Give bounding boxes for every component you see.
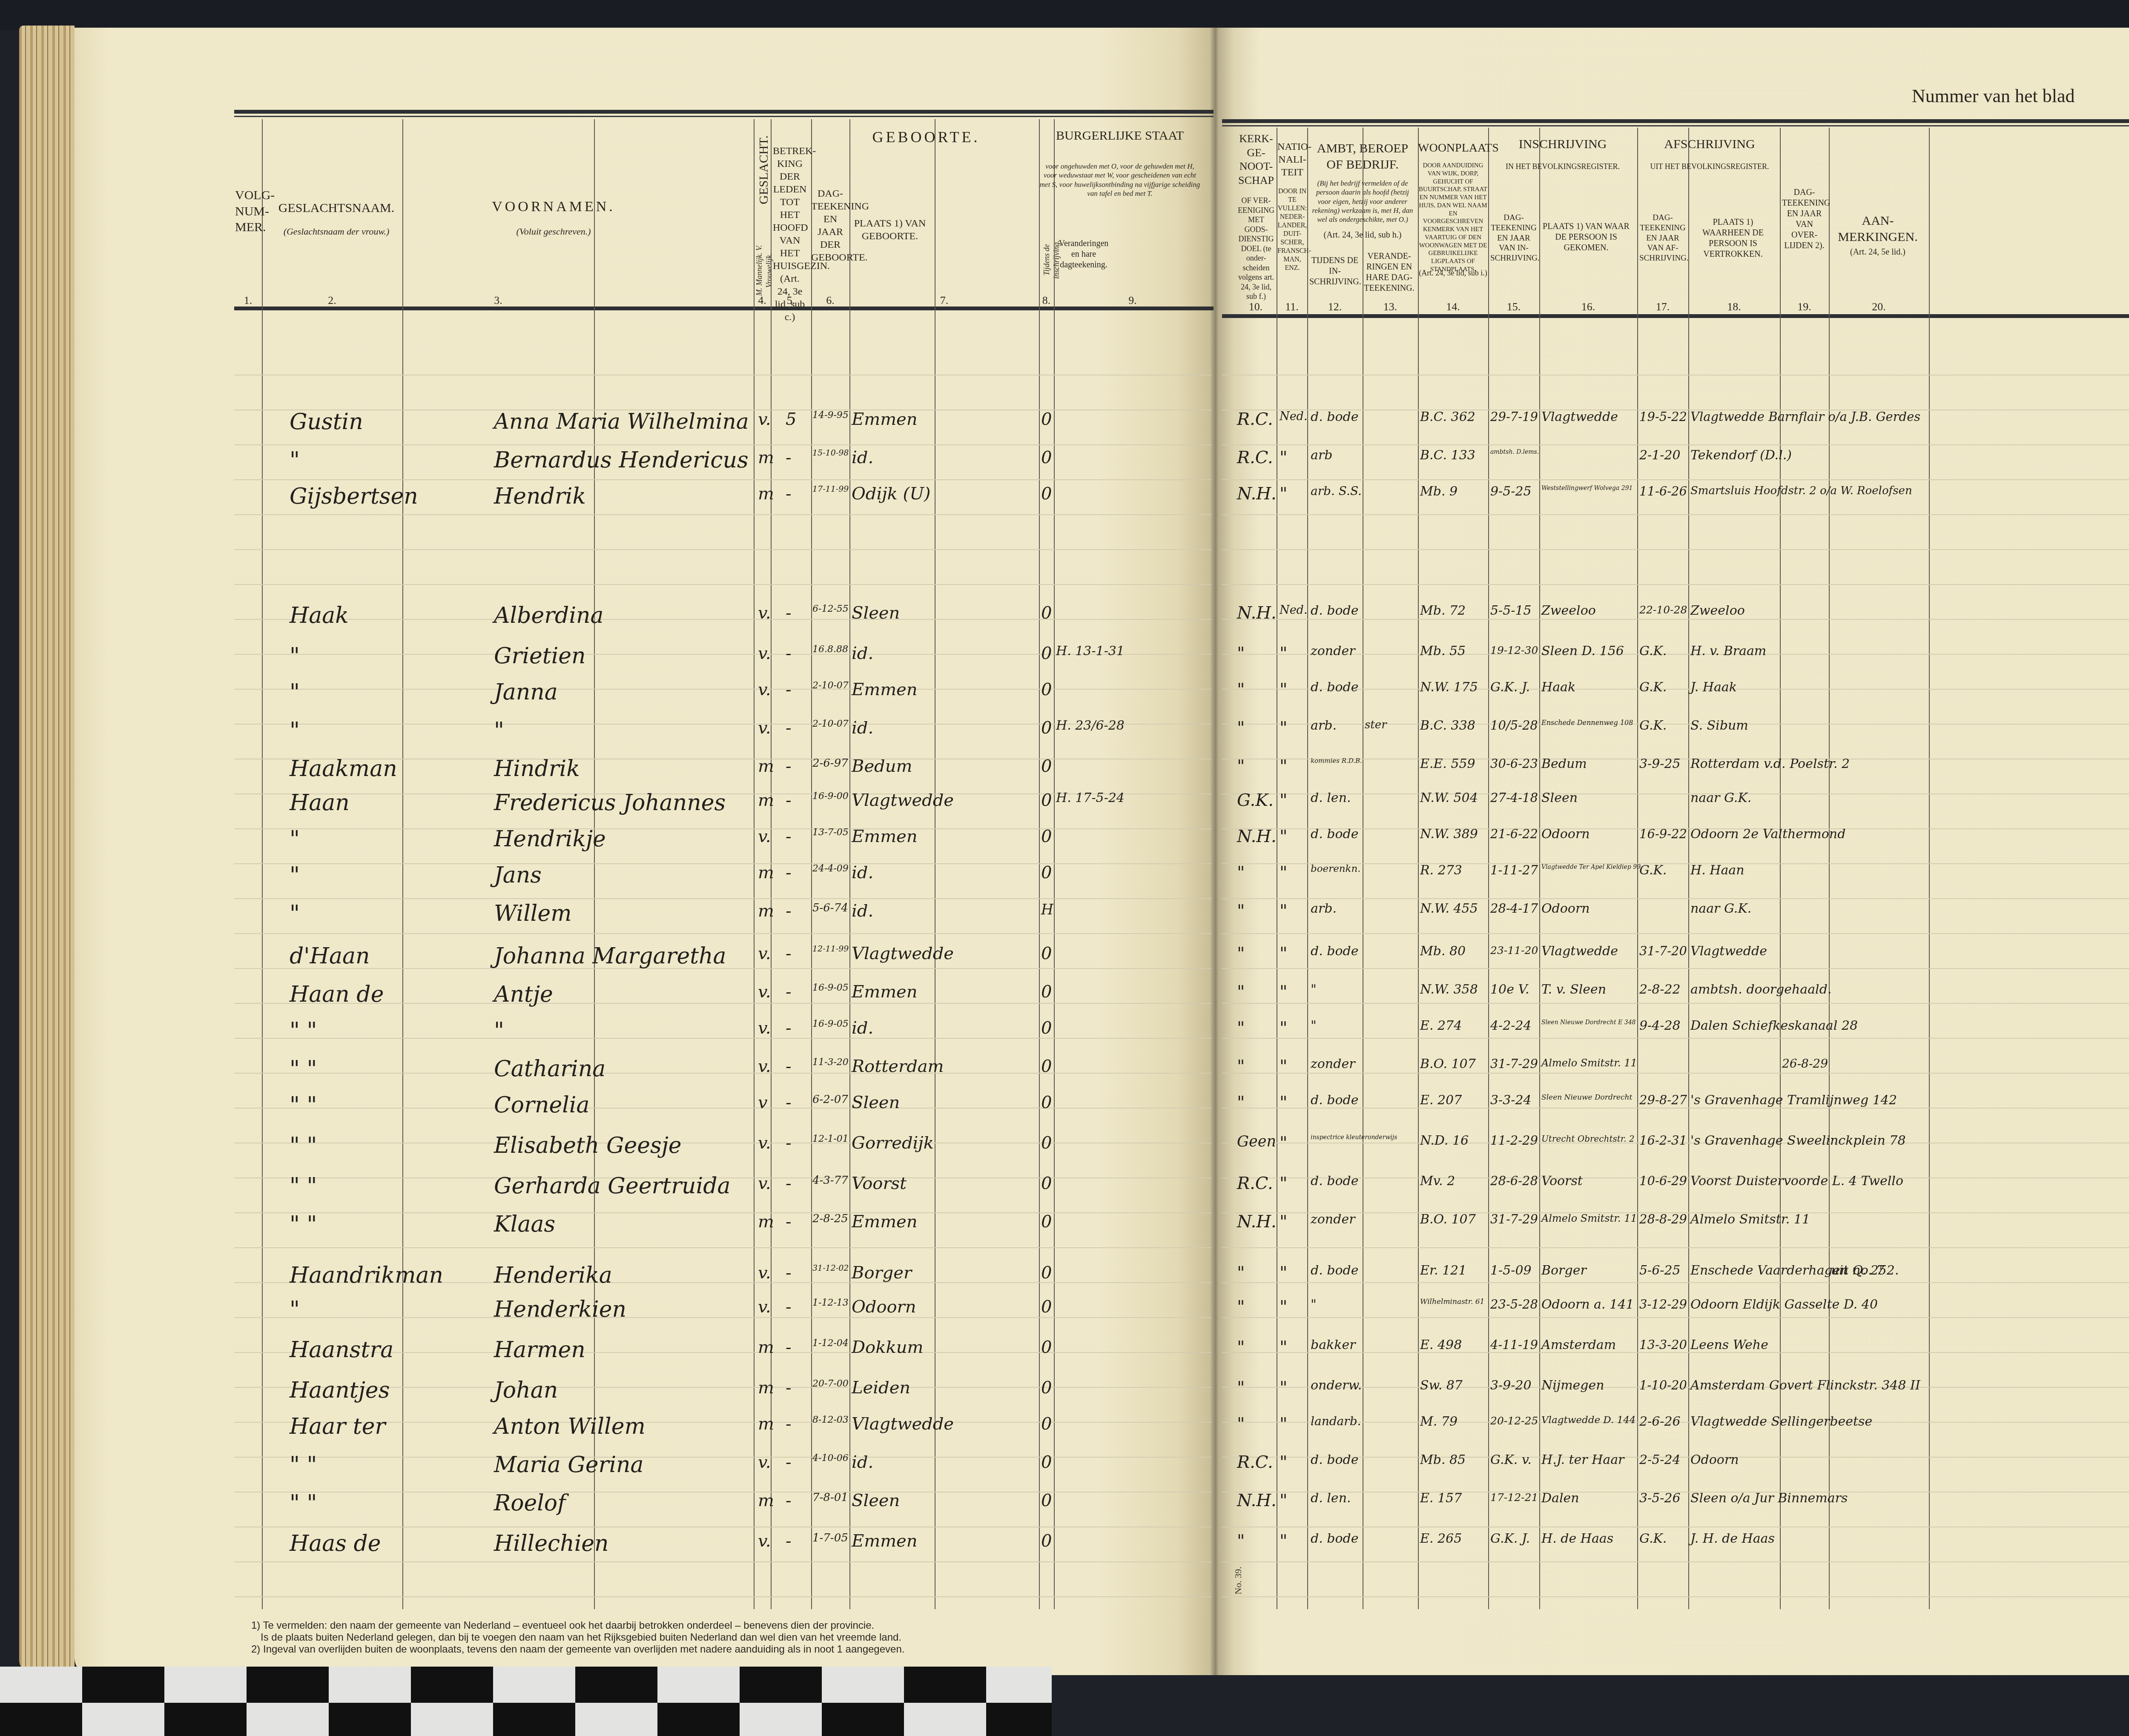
ruled-line <box>1222 898 2129 899</box>
ruled-line <box>234 1143 1211 1143</box>
birth-date-cell: 1-12-04 <box>812 1339 849 1348</box>
birth-date-cell: 4-10-06 <box>812 1454 849 1463</box>
nationality-cell: " <box>1280 828 1287 845</box>
deregistration-to-cell: Vlagtwedde Sellingerbeetse <box>1690 1415 1872 1428</box>
column-number: 18. <box>1688 300 1780 314</box>
surname-cell: d'Haan <box>290 945 370 967</box>
relation-cell: - <box>786 1094 792 1111</box>
ruled-line <box>234 689 1211 690</box>
birth-place-cell: id. <box>852 864 873 881</box>
deregistration-date-cell: G.K. <box>1639 645 1667 658</box>
birth-place-cell: Sleen <box>852 604 900 622</box>
page-edges <box>19 26 75 1673</box>
residence-cell: Mb. 55 <box>1420 645 1466 658</box>
given-names-cell: Catharina <box>494 1058 605 1080</box>
margin-sheet-number: No. 39. <box>1233 1567 1244 1594</box>
nationality-cell: " <box>1280 1492 1287 1509</box>
registration-date-cell: 28-4-17 <box>1490 902 1538 915</box>
deregistration-date-cell: 2-6-26 <box>1639 1415 1681 1428</box>
relation-cell: - <box>786 828 792 845</box>
relation-cell: - <box>786 1175 792 1192</box>
surname-cell: " <box>290 1298 300 1321</box>
sex-cell: m <box>758 1213 774 1230</box>
birth-place-cell: Emmen <box>852 1533 918 1550</box>
surname-cell: " <box>290 719 300 742</box>
church-cell: " <box>1237 864 1245 881</box>
ruled-line <box>234 479 1211 480</box>
registration-from-cell: Sleen <box>1541 792 1578 805</box>
given-names-cell: Henderika <box>494 1264 612 1286</box>
relation-cell: - <box>786 792 792 809</box>
nationality-cell: " <box>1280 1415 1287 1432</box>
nationality-cell: " <box>1280 719 1287 736</box>
church-cell: N.H. <box>1237 485 1277 502</box>
sex-cell: v. <box>758 828 771 845</box>
column-number: 2. <box>262 294 402 308</box>
relation-cell: - <box>786 449 792 466</box>
registration-date-cell: G.K. J. <box>1490 1533 1530 1545</box>
ruled-line <box>1222 1073 2129 1074</box>
occupation-cell: d. bode <box>1311 945 1359 958</box>
header-top-rule-right <box>1222 119 2129 123</box>
residence-cell: N.D. 16 <box>1420 1134 1469 1147</box>
church-cell: " <box>1237 1533 1245 1550</box>
relation-cell: - <box>786 1415 792 1432</box>
deregistration-date-cell: 11-6-26 <box>1639 485 1687 498</box>
column-divider <box>1039 119 1040 1609</box>
registration-date-cell: 28-6-28 <box>1490 1175 1538 1187</box>
sex-cell: m <box>758 1492 774 1509</box>
civil-status-cell: 0 <box>1041 449 1052 466</box>
registration-from-cell: Zweeloo <box>1541 604 1596 617</box>
sex-cell: m <box>758 792 774 809</box>
surname-cell: " <box>290 449 300 471</box>
registration-date-cell: 11-2-29 <box>1490 1134 1538 1147</box>
birth-date-cell: 31-12-02 <box>812 1264 849 1272</box>
birth-date-cell: 16-9-05 <box>812 983 849 993</box>
header-afschrijving: AFSCHRIJVING <box>1639 136 1780 152</box>
relation-cell: - <box>786 1213 792 1230</box>
given-names-cell: Fredericus Johannes <box>494 792 726 814</box>
birth-place-cell: Gorredijk <box>852 1134 934 1152</box>
sex-cell: m <box>758 1379 774 1396</box>
occupation-cell: " <box>1311 1020 1317 1032</box>
surname-cell: Haakman <box>290 758 397 780</box>
civil-status-cell: 0 <box>1041 604 1052 622</box>
church-cell: " <box>1237 1020 1245 1037</box>
registration-from-cell: Odoorn <box>1541 902 1590 915</box>
registration-from-cell: T. v. Sleen <box>1541 983 1606 996</box>
relation-cell: - <box>786 1454 792 1471</box>
relation-cell: - <box>786 758 792 775</box>
relation-cell: - <box>786 1339 792 1356</box>
header-aanmerkingen-sub: (Art. 24, 5e lid.) <box>1829 247 1927 258</box>
header-inschrijving-plaats: PLAATS 1) VAN WAAR DE PERSOON IS GEKOMEN… <box>1539 221 1633 253</box>
relation-cell: - <box>786 645 792 662</box>
color-calibration-bar-row2 <box>0 1703 1052 1736</box>
church-cell: " <box>1237 945 1245 962</box>
surname-cell: Haar ter <box>290 1415 385 1438</box>
ruled-line <box>234 375 1211 375</box>
relation-cell: - <box>786 864 792 881</box>
registration-from-cell: Odoorn <box>1541 828 1590 841</box>
surname-cell: " <box>290 681 300 703</box>
nationality-cell: " <box>1280 792 1287 809</box>
occupation-cell: d. bode <box>1311 1094 1359 1107</box>
given-names-cell: Klaas <box>494 1213 555 1235</box>
deregistration-to-cell: Vlagtwedde Barnflair o/a J.B. Gerdes <box>1690 411 1920 423</box>
ruled-line <box>1222 1561 2129 1562</box>
ruled-line <box>234 1561 1211 1562</box>
given-names-cell: Cornelia <box>494 1094 589 1116</box>
surname-cell: " " <box>290 1454 317 1476</box>
ruled-line <box>1222 1108 2129 1109</box>
birth-date-cell: 2-6-97 <box>812 758 848 769</box>
residence-cell: B.O. 107 <box>1420 1213 1476 1226</box>
nationality-cell: Ned. <box>1280 411 1307 422</box>
occupation-cell: d. bode <box>1311 1264 1359 1277</box>
ruled-line <box>1222 375 2129 375</box>
sex-cell: m <box>758 864 774 881</box>
birth-place-cell: id. <box>852 1020 873 1037</box>
relation-cell: - <box>786 1379 792 1396</box>
header-inschrijving: INSCHRIJVING <box>1490 136 1635 152</box>
church-cell: " <box>1237 758 1245 775</box>
church-cell: " <box>1237 645 1245 662</box>
column-divider <box>754 119 755 1609</box>
column-divider <box>402 119 403 1609</box>
sex-cell: v. <box>758 719 771 736</box>
sex-cell: m <box>758 1339 774 1356</box>
given-names-cell: Johan <box>494 1379 558 1401</box>
registration-date-cell: 3-9-20 <box>1490 1379 1532 1392</box>
ruled-line <box>234 1457 1211 1458</box>
ruled-line <box>1222 549 2129 550</box>
column-number: 19. <box>1780 300 1829 314</box>
civil-status-cell: 0 <box>1041 1094 1052 1111</box>
civil-status-cell: 0 <box>1041 1339 1052 1356</box>
occupation-cell: d. bode <box>1311 1175 1359 1188</box>
header-kerkgenootschap: KERK-GE-NOOT-SCHAP <box>1237 132 1275 187</box>
birth-place-cell: Odoorn <box>852 1298 916 1315</box>
occupation-cell: d. bode <box>1311 1454 1359 1467</box>
surname-cell: Haan <box>290 792 350 814</box>
residence-cell: N.W. 455 <box>1420 902 1478 915</box>
ruled-line <box>1222 584 2129 585</box>
ruled-line <box>1222 444 2129 445</box>
nationality-cell: " <box>1280 645 1287 662</box>
deregistration-date-cell: 31-7-20 <box>1639 945 1687 957</box>
deregistration-date-cell: G.K. <box>1639 864 1667 877</box>
occupation-cell: d. bode <box>1311 604 1359 617</box>
church-cell: " <box>1237 681 1245 698</box>
surname-cell: " <box>290 828 300 850</box>
residence-cell: Wilhelminastr. 61 <box>1420 1298 1484 1306</box>
registration-from-cell: Sleen Nieuwe Dordrecht E 348 <box>1541 1020 1635 1026</box>
sex-cell: m <box>758 449 774 466</box>
occupation-cell: kommies R.D.B. <box>1311 758 1362 764</box>
header-woonplaats-art: (Art. 24, 3e lid, sub i.) <box>1418 268 1488 278</box>
given-names-cell: Alberdina <box>494 604 604 627</box>
civil-status-cell: 0 <box>1041 681 1052 698</box>
residence-cell: Sw. 87 <box>1420 1379 1463 1392</box>
residence-cell: Mb. 80 <box>1420 945 1466 958</box>
relation-cell: - <box>786 1134 792 1152</box>
church-cell: " <box>1237 1058 1245 1075</box>
given-names-cell: Roelof <box>494 1492 565 1514</box>
header-nationaliteit: NATIO-NALI-TEIT <box>1277 140 1307 179</box>
header-ambt: AMBT, BEROEP OF BEDRIJF. <box>1309 140 1416 172</box>
birth-place-cell: Emmen <box>852 828 918 845</box>
birth-place-cell: Odijk (U) <box>852 485 930 502</box>
occupation-cell: landarb. <box>1311 1415 1361 1427</box>
deregistration-to-cell: Voorst Duistervoorde L. 4 Twello <box>1690 1175 1903 1188</box>
civil-status-cell: 0 <box>1041 645 1052 662</box>
birth-date-cell: 6-2-07 <box>812 1094 848 1105</box>
birth-place-cell: id. <box>852 1454 873 1471</box>
ruled-line <box>1222 968 2129 969</box>
birth-place-cell: Bedum <box>852 758 912 775</box>
surname-cell: Haanstra <box>290 1339 393 1361</box>
header-aanmerkingen: AAN-MERKINGEN. <box>1829 213 1927 245</box>
column-divider <box>811 119 812 1609</box>
relation-cell: - <box>786 1058 792 1075</box>
header-voornamen-sub: (Voluit geschreven.) <box>490 226 617 238</box>
church-cell: " <box>1237 1415 1245 1432</box>
nationality-cell: " <box>1280 449 1287 466</box>
column-number: 8. <box>1039 294 1054 308</box>
civil-status-cell: 0 <box>1041 758 1052 775</box>
column-number: 6. <box>811 294 849 308</box>
deregistration-to-cell: Sleen o/a Jur Binnemars <box>1690 1492 1848 1505</box>
nationality-cell: " <box>1280 1134 1287 1152</box>
residence-cell: E. 207 <box>1420 1094 1462 1107</box>
birth-date-cell: 2-10-07 <box>812 681 849 690</box>
birth-place-cell: id. <box>852 719 873 736</box>
registration-from-cell: H.J. ter Haar <box>1541 1454 1624 1467</box>
sex-cell: v. <box>758 1134 771 1152</box>
civil-status-cell: 0 <box>1041 792 1052 809</box>
header-afschrijving-datum: DAG-TEEKENING EN JAAR VAN AF-SCHRIJVING. <box>1639 213 1686 264</box>
registration-date-cell: 31-7-29 <box>1490 1058 1538 1070</box>
sex-cell: v. <box>758 1533 771 1550</box>
registration-date-cell: 5-5-15 <box>1490 604 1532 617</box>
birth-place-cell: Emmen <box>852 1213 918 1230</box>
deregistration-date-cell: G.K. <box>1639 1533 1667 1545</box>
ruled-line <box>1222 619 2129 620</box>
ruled-line <box>1222 724 2129 725</box>
nationality-cell: " <box>1280 902 1287 920</box>
relation-cell: 5 <box>786 411 796 428</box>
birth-date-cell: 16.8.88 <box>812 645 848 654</box>
residence-cell: N.W. 504 <box>1420 792 1478 805</box>
civil-status-cell: 0 <box>1041 864 1052 881</box>
nationality-cell: " <box>1280 1298 1287 1315</box>
registration-date-cell: 10e V. <box>1490 983 1529 996</box>
occupation-change-cell: ster <box>1365 719 1387 730</box>
ruled-line <box>234 549 1211 550</box>
given-names-cell: Willem <box>494 902 572 925</box>
deregistration-to-cell: 's Gravenhage Sweelinckplein 78 <box>1690 1134 1906 1147</box>
column-number: 4. <box>754 294 771 308</box>
relation-cell: - <box>786 681 792 698</box>
column-divider <box>1054 119 1055 1609</box>
birth-date-cell: 12-1-01 <box>812 1134 849 1144</box>
occupation-cell: inspectrice kleuteronderwijs <box>1311 1134 1397 1140</box>
registration-from-cell: Nijmegen <box>1541 1379 1604 1392</box>
registration-date-cell: G.K. J. <box>1490 681 1530 694</box>
registration-date-cell: ambtsh. D.lems. <box>1490 449 1539 455</box>
nationality-cell: " <box>1280 864 1287 881</box>
deregistration-date-cell: 1-10-20 <box>1639 1379 1687 1392</box>
header-top-thin-rule-left <box>234 116 1214 117</box>
registration-date-cell: 4-2-24 <box>1490 1020 1532 1032</box>
birth-date-cell: 11-3-20 <box>812 1058 849 1067</box>
residence-cell: E. 274 <box>1420 1020 1462 1032</box>
birth-date-cell: 20-7-00 <box>812 1379 849 1389</box>
registration-date-cell: 23-5-28 <box>1490 1298 1538 1311</box>
deregistration-to-cell: Leens Wehe <box>1690 1339 1768 1352</box>
church-cell: " <box>1237 1339 1245 1356</box>
deregistration-to-cell: Odoorn Eldijk Gasselte D. 40 <box>1690 1298 1878 1311</box>
given-names-cell: Elisabeth Geesje <box>494 1134 682 1157</box>
given-names-cell: Johanna Margaretha <box>494 945 726 967</box>
sex-cell: v. <box>758 645 771 662</box>
surname-cell: Haan de <box>290 983 384 1006</box>
header-staat-veranderingen: Veranderingen en hare dagteekening. <box>1056 238 1111 270</box>
given-names-cell: Hindrik <box>494 758 580 780</box>
birth-place-cell: Sleen <box>852 1492 900 1509</box>
sex-cell: v. <box>758 604 771 622</box>
occupation-cell: zonder <box>1311 1058 1355 1071</box>
occupation-cell: arb. S.S. <box>1311 485 1362 497</box>
deregistration-date-cell: 13-3-20 <box>1639 1339 1687 1351</box>
given-names-cell: Anton Willem <box>494 1415 646 1438</box>
church-cell: G.K. <box>1237 792 1274 809</box>
column-number: 14. <box>1418 300 1488 314</box>
ruled-line <box>234 863 1211 864</box>
birth-place-cell: id. <box>852 449 873 466</box>
deregistration-date-cell: 9-4-28 <box>1639 1020 1681 1032</box>
birth-place-cell: id. <box>852 645 873 662</box>
deregistration-to-cell: S. Sibum <box>1690 719 1748 732</box>
registration-from-cell: Vlagtwedde Ter Apel Kieldiep 99 <box>1541 864 1641 870</box>
deregistration-date-cell: 3-12-29 <box>1639 1298 1687 1311</box>
civil-status-cell: 0 <box>1041 828 1052 845</box>
sex-cell: v. <box>758 681 771 698</box>
relation-cell: - <box>786 719 792 736</box>
residence-cell: M. 79 <box>1420 1415 1458 1428</box>
occupation-cell: zonder <box>1311 645 1355 658</box>
deregistration-to-cell: Dalen Schiefkeskanaal 28 <box>1690 1020 1858 1032</box>
ruled-line <box>1222 1596 2129 1597</box>
residence-cell: N.W. 358 <box>1420 983 1478 996</box>
registration-from-cell: Borger <box>1541 1264 1587 1277</box>
occupation-cell: boerenkn. <box>1311 864 1361 874</box>
civil-status-cell: 0 <box>1041 1379 1052 1396</box>
column-number: 11. <box>1277 300 1307 314</box>
sex-cell: m <box>758 1415 774 1432</box>
civil-status-cell: 0 <box>1041 1175 1052 1192</box>
given-names-cell: Harmen <box>494 1339 585 1361</box>
registration-date-cell: 10/5-28 <box>1490 719 1538 732</box>
registration-date-cell: 19-12-30 <box>1490 645 1538 656</box>
header-nationaliteit-sub: DOOR IN TE VULLEN: NEDER-LANDER, DUIT-SC… <box>1277 187 1307 272</box>
registration-from-cell: Enschede Dennenweg 108 <box>1541 719 1633 726</box>
relation-cell: - <box>786 983 792 1000</box>
residence-cell: R. 273 <box>1420 864 1462 877</box>
birth-place-cell: Emmen <box>852 681 918 698</box>
surname-cell: " " <box>290 1492 317 1514</box>
registration-from-cell: Sleen D. 156 <box>1541 645 1624 658</box>
deregistration-date-cell: 5-6-25 <box>1639 1264 1681 1277</box>
surname-cell: " <box>290 864 300 886</box>
surname-cell: Haas de <box>290 1533 381 1555</box>
deregistration-date-cell: 28-8-29 <box>1639 1213 1687 1226</box>
column-divider <box>262 119 263 1609</box>
civil-status-cell: 0 <box>1041 1415 1052 1432</box>
relation-cell: - <box>786 604 792 622</box>
ruled-line <box>234 1492 1211 1493</box>
registration-from-cell: Bedum <box>1541 758 1587 771</box>
deregistration-date-cell: 2-8-22 <box>1639 983 1681 996</box>
surname-cell: " " <box>290 1020 317 1042</box>
surname-cell: " <box>290 645 300 667</box>
church-cell: Geen <box>1237 1134 1276 1149</box>
column-number: 13. <box>1363 300 1418 314</box>
header-inschrijving-sub: IN HET BEVOLKINGSREGISTER. <box>1490 162 1635 172</box>
ruled-line <box>234 1317 1211 1318</box>
birth-date-cell: 16-9-05 <box>812 1020 849 1029</box>
registration-from-cell: Odoorn a. 141 <box>1541 1298 1634 1311</box>
registration-from-cell: Almelo Smitstr. 11 <box>1541 1213 1637 1223</box>
church-cell: " <box>1237 1264 1245 1281</box>
deregistration-to-cell: Odoorn <box>1690 1454 1739 1467</box>
given-names-cell: Anna Maria Wilhelmina <box>494 411 749 432</box>
given-names-cell: Henderkien <box>494 1298 626 1321</box>
occupation-cell: zonder <box>1311 1213 1355 1226</box>
nationality-cell: " <box>1280 1339 1287 1356</box>
church-cell: " <box>1237 1298 1245 1315</box>
civil-status-change-cell: H. 17-5-24 <box>1056 792 1125 805</box>
header-kerkgenootschap-sub: OF VER-EENIGING MET GODS-DIENSTIG DOEL (… <box>1237 196 1275 301</box>
residence-cell: Mv. 2 <box>1420 1175 1455 1188</box>
deregistration-to-cell: naar G.K. <box>1690 792 1751 805</box>
birth-place-cell: Vlagtwedde <box>852 792 954 809</box>
birth-date-cell: 5-6-74 <box>812 902 848 914</box>
nationality-cell: " <box>1280 1213 1287 1230</box>
nationality-cell: " <box>1280 758 1287 775</box>
column-divider <box>935 119 935 1609</box>
birth-date-cell: 4-3-77 <box>812 1175 848 1186</box>
surname-cell: Haantjes <box>290 1379 390 1401</box>
relation-cell: - <box>786 902 792 920</box>
column-number: 3. <box>402 294 594 308</box>
given-names-cell: Hillechien <box>494 1533 609 1555</box>
deregistration-to-cell: Tekendorf (D.l.) <box>1690 449 1792 462</box>
header-woonplaats: WOONPLAATS <box>1418 140 1488 155</box>
residence-cell: B.C. 133 <box>1420 449 1475 462</box>
ruled-line <box>1222 794 2129 794</box>
sex-cell: v. <box>758 1454 771 1471</box>
column-number: 12. <box>1307 300 1363 314</box>
residence-cell: N.W. 389 <box>1420 828 1478 841</box>
civil-status-cell: 0 <box>1041 945 1052 962</box>
birth-date-cell: 6-12-55 <box>812 604 849 614</box>
church-cell: N.H. <box>1237 1492 1277 1509</box>
sex-cell: m <box>758 485 774 502</box>
registration-from-cell: Sleen Nieuwe Dordrecht <box>1541 1094 1632 1101</box>
